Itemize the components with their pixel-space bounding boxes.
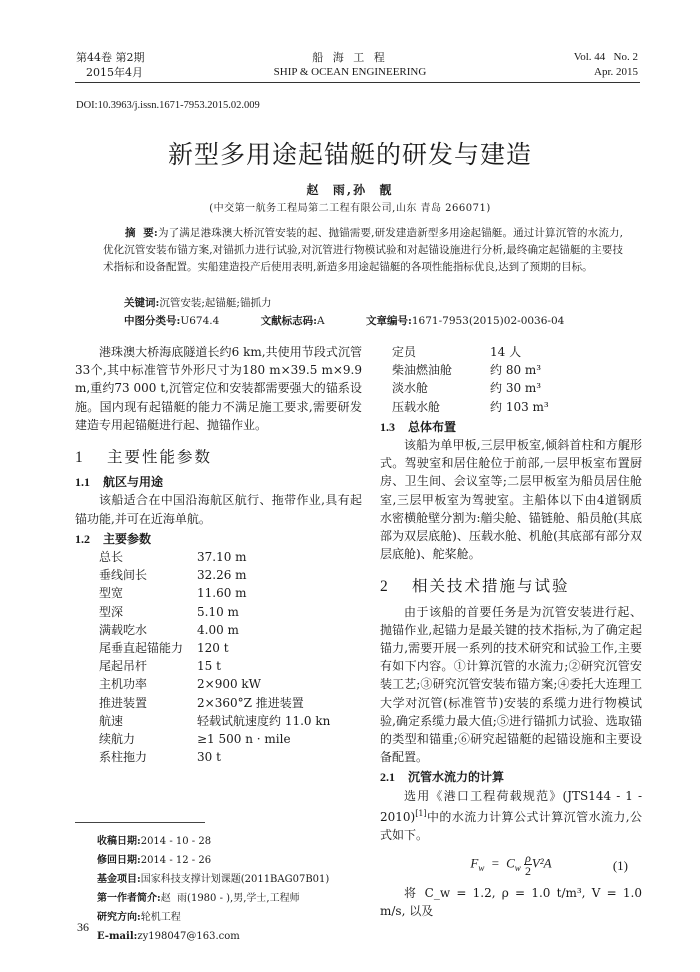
journal-name-cn: 船 海 工 程 [240,50,460,65]
param-value: 4.00 m [197,621,330,639]
article-no-value: 1671-7953(2015)02-0036-04 [412,315,564,327]
param-name: 推进装置 [99,694,197,712]
right-column: 定员14 人柴油燃油舱约 80 m³淡水舱约 30 m³压载水舱约 103 m³… [380,343,642,921]
param-row: 推进装置2×360°Z 推进装置 [99,694,330,712]
footnote-value: 赵 雨(1980 - ),男,学士,工程师 [161,893,300,904]
param-row: 压载水舱约 103 m³ [392,398,549,416]
param-row: 型宽11.60 m [99,584,330,602]
after-formula-text: 将 C_w = 1.2, ρ = 1.0 t/m³, V = 1.0 m/s, … [380,884,642,920]
equation-1: Fw = Cw ρ2V²A (1) [380,852,642,878]
footnote-value[interactable]: zy198047@163.com [137,931,239,942]
left-column: 港珠澳大桥海底隧道长约6 km,共使用节段式沉管33个,其中标准管节外形尺寸为1… [75,343,362,766]
affiliation: (中交第一航务工程局第二工程有限公司,山东 青岛 266071) [60,199,640,214]
footnote-value: 2014 - 10 - 28 [141,836,211,847]
param-value: ≥1 500 n · mile [197,730,330,748]
section-2-heading: 2相关技术措施与试验 [380,577,642,596]
param-name: 型深 [99,603,197,621]
keywords-text: 沉管安装;起锚艇;锚抓力 [159,297,271,309]
clc-value: U674.4 [180,315,219,327]
param-row: 淡水舱约 30 m³ [392,379,549,397]
param-name: 淡水舱 [392,379,490,397]
param-row: 总长37.10 m [99,548,330,566]
section-2-1-text: 选用《港口工程荷载规范》(JTS144 - 1 - 2010)[1]中的水流力计… [380,787,642,845]
param-name: 主机功率 [99,675,197,693]
section-2-text: 由于该船的首要任务是为沉管安装进行起、抛锚作业,起锚力是最关键的技术指标,为了确… [380,603,642,767]
param-name: 航速 [99,712,197,730]
footnote-value: 2014 - 12 - 26 [141,855,211,866]
param-row: 尾垂直起锚能力120 t [99,639,330,657]
section-1-1-heading: 1.1航区与用途 [75,473,362,491]
param-name: 尾起吊杆 [99,657,197,675]
footnote-label: 基金项目: [97,874,141,885]
fraction: ρ2 [524,852,532,877]
doi: DOI:10.3963/j.issn.1671-7953.2015.02.009 [76,100,260,111]
param-row: 定员14 人 [392,343,549,361]
param-value: 2×360°Z 推进装置 [197,694,330,712]
param-row: 柴油燃油舱约 80 m³ [392,361,549,379]
param-name: 总长 [99,548,197,566]
clc-label: 中图分类号: [124,315,180,327]
footnote-rule [75,822,205,823]
param-value: 约 30 m³ [490,379,549,397]
param-value: 11.60 m [197,584,330,602]
date-cn: 2015年4月 [76,65,145,80]
param-row: 系柱拖力30 t [99,748,330,766]
section-1-2-heading: 1.2主要参数 [75,530,362,548]
param-name: 柴油燃油舱 [392,361,490,379]
keywords: 关键词:沉管安装;起锚艇;锚抓力 [124,295,271,310]
footnote-item: 修回日期:2014 - 12 - 26 [97,851,329,870]
footnote-value: 轮机工程 [141,912,181,923]
classification-line: 中图分类号:U674.4 文献标志码:A 文章编号:1671-7953(2015… [124,313,664,328]
param-name: 尾垂直起锚能力 [99,639,197,657]
param-name: 续航力 [99,730,197,748]
article-title: 新型多用途起锚艇的研发与建造 [60,135,640,171]
equation-number: (1) [613,857,628,875]
abstract-text: 为了满足港珠澳大桥沉管安装的起、抛锚需要,研发建造新型多用途起锚艇。通过计算沉管… [103,227,623,273]
footnotes: 收稿日期:2014 - 10 - 28修回日期:2014 - 12 - 26基金… [97,832,329,946]
param-row: 续航力≥1 500 n · mile [99,730,330,748]
param-row: 满载吃水4.00 m [99,621,330,639]
param-name: 满载吃水 [99,621,197,639]
footnote-label: E-mail: [97,931,137,942]
param-row: 航速轻载试航速度约 11.0 kn [99,712,330,730]
param-value: 约 80 m³ [490,361,549,379]
page-number: 36 [77,920,89,935]
footnote-item: 研究方向:轮机工程 [97,908,329,927]
abstract: 摘 要:为了满足港珠澳大桥沉管安装的起、抛锚需要,研发建造新型多用途起锚艇。通过… [103,225,623,276]
footnote-value: 国家科技支撑计划课题(2011BAG07B01) [141,874,330,885]
param-value: 120 t [197,639,330,657]
intro-paragraph: 港珠澳大桥海底隧道长约6 km,共使用节段式沉管33个,其中标准管节外形尺寸为1… [75,343,362,434]
section-1-1-text: 该船适合在中国沿海航区航行、拖带作业,具有起锚功能,并可在近海单航。 [75,491,362,527]
main-parameters-table: 总长37.10 m垂线间长32.26 m型宽11.60 m型深5.10 m满载吃… [99,548,330,766]
article-no-label: 文章编号: [366,315,412,327]
footnote-label: 研究方向: [97,912,141,923]
volume-issue-en: Vol. 44 No. 2 [574,50,638,65]
volume-issue-cn: 第44卷 第2期 [76,50,145,65]
param-value: 5.10 m [197,603,330,621]
param-value: 2×900 kW [197,675,330,693]
param-row: 主机功率2×900 kW [99,675,330,693]
param-value: 轻载试航速度约 11.0 kn [197,712,330,730]
section-1-3-text: 该船为单甲板,三层甲板室,倾斜首柱和方艉形式。驾驶室和居住舱位于前部,一层甲板室… [380,436,642,563]
param-row: 尾起吊杆15 t [99,657,330,675]
main-parameters-table-continued: 定员14 人柴油燃油舱约 80 m³淡水舱约 30 m³压载水舱约 103 m³ [392,343,549,416]
param-name: 型宽 [99,584,197,602]
abstract-label: 摘 要: [125,227,158,239]
param-value: 14 人 [490,343,549,361]
running-header-center: 船 海 工 程 SHIP & OCEAN ENGINEERING [240,50,460,80]
header-rule [75,82,640,83]
doc-code-value: A [317,315,325,327]
footnote-item: E-mail:zy198047@163.com [97,927,329,946]
param-value: 约 103 m³ [490,398,549,416]
param-name: 垂线间长 [99,566,197,584]
footnote-label: 第一作者简介: [97,893,161,904]
authors: 赵 雨,孙 靓 [60,181,640,198]
footnote-item: 基金项目:国家科技支撑计划课题(2011BAG07B01) [97,870,329,889]
doc-code-label: 文献标志码: [261,315,317,327]
param-value: 15 t [197,657,330,675]
journal-name-en: SHIP & OCEAN ENGINEERING [240,65,460,80]
section-1-heading: 1主要性能参数 [75,448,362,467]
keywords-label: 关键词: [124,297,159,309]
param-name: 定员 [392,343,490,361]
param-row: 垂线间长32.26 m [99,566,330,584]
param-value: 32.26 m [197,566,330,584]
footnote-item: 收稿日期:2014 - 10 - 28 [97,832,329,851]
footnote-item: 第一作者简介:赵 雨(1980 - ),男,学士,工程师 [97,889,329,908]
section-2-1-heading: 2.1沉管水流力的计算 [380,768,642,786]
param-value: 30 t [197,748,330,766]
param-row: 型深5.10 m [99,603,330,621]
running-header-left: 第44卷 第2期 2015年4月 [76,50,145,80]
param-name: 系柱拖力 [99,748,197,766]
param-name: 压载水舱 [392,398,490,416]
section-1-3-heading: 1.3总体布置 [380,418,642,436]
param-value: 37.10 m [197,548,330,566]
date-en: Apr. 2015 [574,65,638,80]
footnote-label: 收稿日期: [97,836,141,847]
citation-ref[interactable]: [1] [415,809,426,818]
running-header-right: Vol. 44 No. 2 Apr. 2015 [574,50,638,80]
footnote-label: 修回日期: [97,855,141,866]
